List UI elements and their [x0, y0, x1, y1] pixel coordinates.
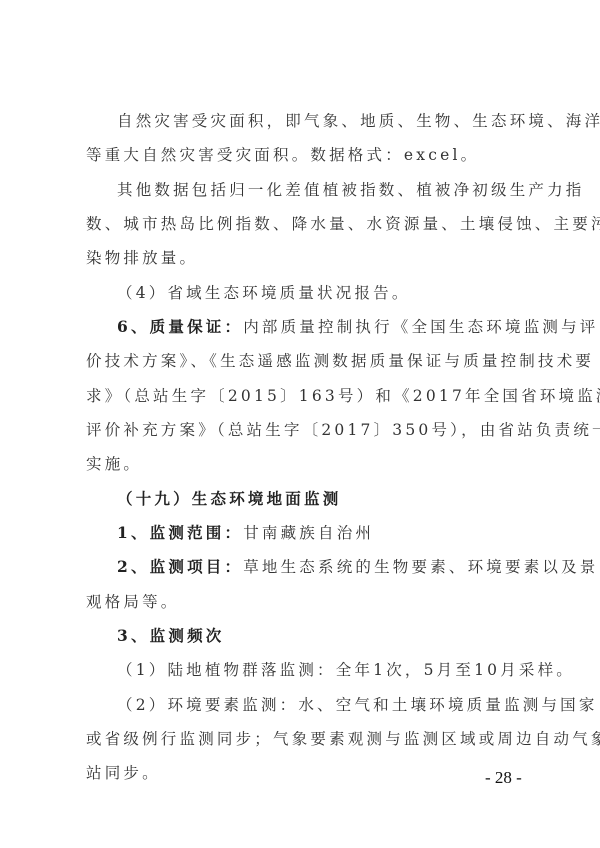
paragraph-line: 或省级例行监测同步；气象要素观测与监测区域或周边自动气象 [86, 729, 526, 749]
line-text: 实施。 [86, 455, 142, 473]
paragraph-line: 染物排放量。 [86, 248, 526, 268]
paragraph-line: （2）环境要素监测：水、空气和土壤环境质量监测与国家 [117, 695, 557, 715]
heading-text: （十九）生态环境地面监测 [117, 489, 341, 508]
line-text: （4）省域生态环境质量状况报告。 [117, 284, 411, 302]
line-text: 甘南藏族自治州 [243, 524, 374, 542]
line-text: （2）环境要素监测：水、空气和土壤环境质量监测与国家 [117, 696, 598, 714]
paragraph-line: 实施。 [86, 454, 526, 474]
paragraph-line: （1）陆地植物群落监测：全年1次，5月至10月采样。 [117, 660, 557, 680]
line-text: 自然灾害受灾面积，即气象、地质、生物、生态环境、海洋 [117, 112, 600, 130]
section-label: 6、质量保证： [117, 317, 243, 336]
line-text: （1）陆地植物群落监测：全年1次，5月至10月采样。 [117, 661, 575, 679]
section-label: 3、监测频次 [117, 626, 225, 645]
page-number: - 28 - [485, 768, 522, 788]
paragraph-line: 1、监测范围：甘南藏族自治州 [117, 523, 557, 543]
line-text: 价技术方案》、《生态遥感监测数据质量保证与质量控制技术要 [86, 352, 594, 370]
section-label: 1、监测范围： [117, 523, 243, 542]
paragraph-line: 评价补充方案》（总站生字〔2017〕350号），由省站负责统一 [86, 420, 526, 440]
section-label: 2、监测项目： [117, 557, 243, 576]
line-text: 草地生态系统的生物要素、环境要素以及景 [243, 558, 598, 576]
paragraph-line: 6、质量保证：内部质量控制执行《全国生态环境监测与评 [117, 317, 557, 337]
line-text: 数、城市热岛比例指数、降水量、水资源量、土壤侵蚀、主要污 [86, 215, 600, 233]
paragraph-line: 等重大自然灾害受灾面积。数据格式：excel。 [86, 145, 526, 165]
paragraph-line: 自然灾害受灾面积，即气象、地质、生物、生态环境、海洋 [117, 111, 557, 131]
line-text: 求》（总站生字〔2015〕163号）和《2017年全国省环境监测和 [86, 387, 600, 405]
line-text: 评价补充方案》（总站生字〔2017〕350号），由省站负责统一 [86, 421, 600, 439]
paragraph-line: 求》（总站生字〔2015〕163号）和《2017年全国省环境监测和 [86, 386, 526, 406]
paragraph-line: 站同步。 [86, 763, 526, 783]
paragraph-line: 其他数据包括归一化差值植被指数、植被净初级生产力指 [117, 180, 557, 200]
document-page: 自然灾害受灾面积，即气象、地质、生物、生态环境、海洋 等重大自然灾害受灾面积。数… [0, 0, 600, 848]
line-text: 染物排放量。 [86, 249, 198, 267]
section-heading: （十九）生态环境地面监测 [117, 489, 557, 509]
paragraph-line: 数、城市热岛比例指数、降水量、水资源量、土壤侵蚀、主要污 [86, 214, 526, 234]
paragraph-line: 价技术方案》、《生态遥感监测数据质量保证与质量控制技术要 [86, 351, 526, 371]
line-text: 等重大自然灾害受灾面积。数据格式：excel。 [86, 146, 479, 164]
line-text: 内部质量控制执行《全国生态环境监测与评 [243, 318, 598, 336]
paragraph-line: 3、监测频次 [117, 626, 557, 646]
paragraph-line: 2、监测项目：草地生态系统的生物要素、环境要素以及景 [117, 557, 557, 577]
line-text: 或省级例行监测同步；气象要素观测与监测区域或周边自动气象 [86, 730, 600, 748]
paragraph-line: 观格局等。 [86, 592, 526, 612]
paragraph-line: （4）省域生态环境质量状况报告。 [117, 283, 557, 303]
line-text: 其他数据包括归一化差值植被指数、植被净初级生产力指 [117, 181, 585, 199]
line-text: 站同步。 [86, 764, 161, 782]
line-text: 观格局等。 [86, 593, 180, 611]
